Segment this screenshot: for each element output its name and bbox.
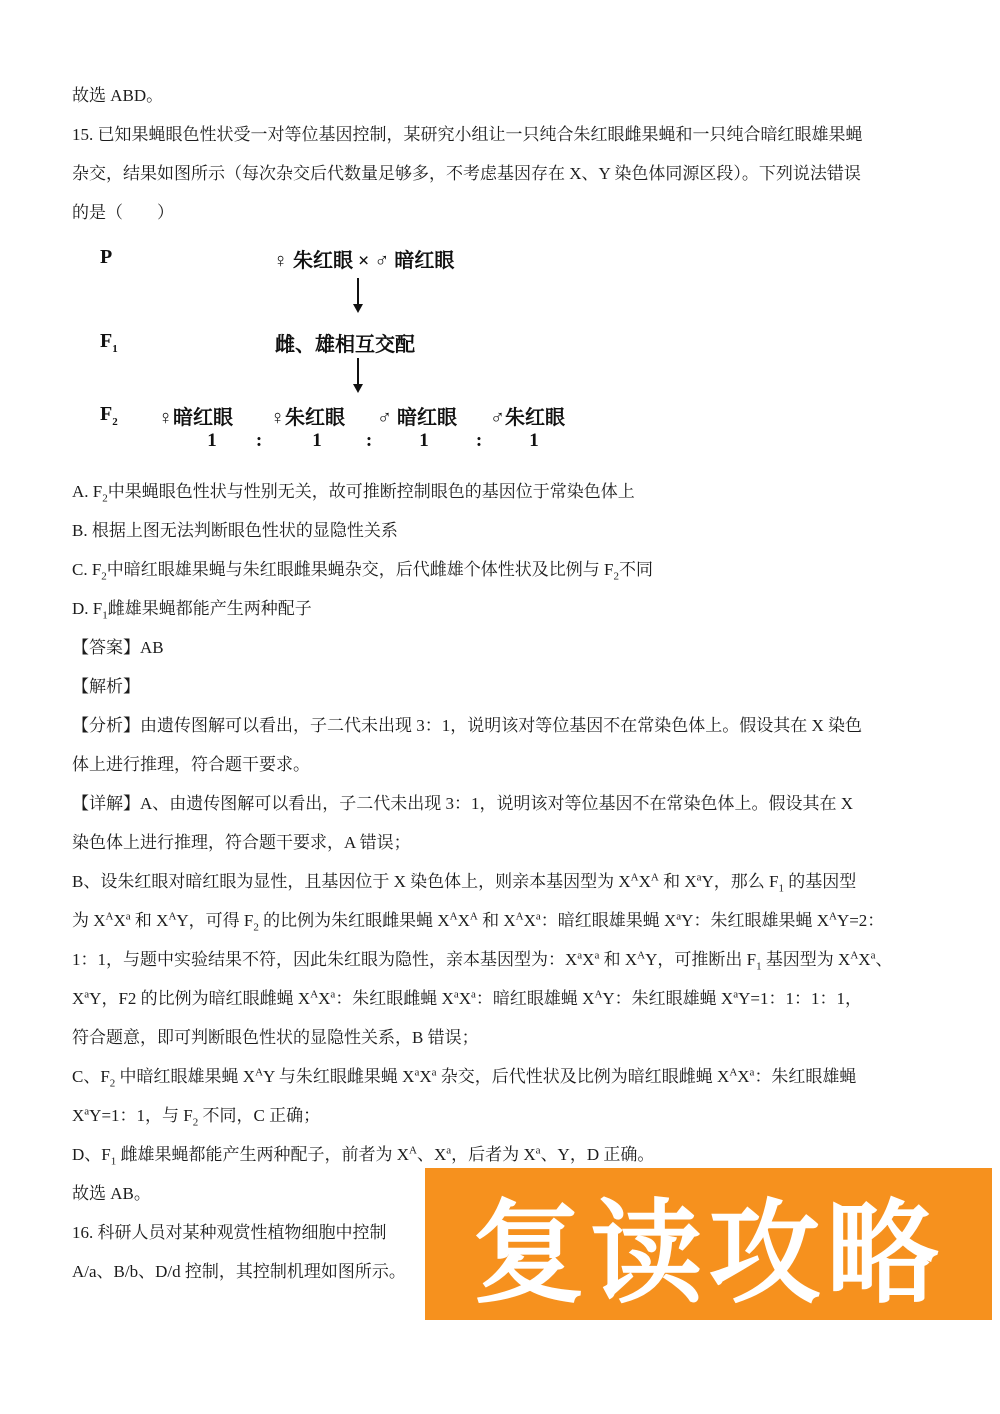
previous-answer-line: 故选 ABD。 — [72, 76, 942, 115]
q15-detail-line-2: 染色体上进行推理，符合题干要求，A 错误； — [72, 823, 942, 862]
f2-phenotype-male-dark-red: ♂ 暗红眼 — [377, 401, 457, 430]
q15-detail-line-6: XaY，F2 的比例为暗红眼雌蝇 XAXa：朱红眼雌蝇 XaXa：暗红眼雄蝇 X… — [72, 979, 942, 1018]
generation-f1-label: F1 — [100, 330, 118, 353]
q15-analysis-line-2: 体上进行推理，符合题干要求。 — [72, 745, 942, 784]
q15-detail-line-8: C、F2 中暗红眼雄果蝇 XAY 与朱红眼雌果蝇 XaXa 杂交，后代性状及比例… — [72, 1057, 942, 1096]
f2-ratio-value: 1 — [529, 430, 539, 452]
watermark-banner: 复读攻略 — [425, 1168, 992, 1320]
f2-ratio-value: 1 — [312, 430, 322, 452]
exam-solution-page: 故选 ABD。 15. 已知果蝇眼色性状受一对等位基因控制，某研究小组让一只纯合… — [0, 0, 1000, 1414]
q15-detail-line-7: 符合题意，即可判断眼色性状的显隐性关系，B 错误； — [72, 1018, 942, 1057]
f1-mating-text: 雌、雄相互交配 — [275, 328, 415, 357]
q15-option-a: A. F2中果蝇眼色性状与性别无关，故可推断控制眼色的基因位于常染色体上 — [72, 472, 942, 511]
genetic-cross-diagram: P ♀ 朱红眼 × ♂ 暗红眼 F1 雌、雄相互交配 F2 ♀暗红眼 ♀朱红眼 … — [72, 232, 942, 472]
watermark-text: 复读攻略 — [473, 1168, 945, 1320]
q15-option-c: C. F2中暗红眼雄果蝇与朱红眼雌果蝇杂交，后代雌雄个体性状及比例与 F2不同 — [72, 550, 942, 589]
q15-detail-line-5: 1：1，与题中实验结果不符，因此朱红眼为隐性，亲本基因型为：XaXa 和 XAY… — [72, 940, 942, 979]
f2-ratio-value: 1 — [207, 430, 217, 452]
q15-stem-line-1: 15. 已知果蝇眼色性状受一对等位基因控制，某研究小组让一只纯合朱红眼雌果蝇和一… — [72, 115, 942, 154]
q15-detail-line-1: 【详解】A、由遗传图解可以看出，子二代未出现 3：1，说明该对等位基因不在常染色… — [72, 784, 942, 823]
q15-analysis-header: 【解析】 — [72, 667, 942, 706]
generation-p-label: P — [100, 246, 112, 269]
q15-option-d: D. F1雌雄果蝇都能产生两种配子 — [72, 589, 942, 628]
arrow-down-icon — [357, 278, 359, 309]
q15-answer-line: 【答案】AB — [72, 628, 942, 667]
q15-detail-line-3: B、设朱红眼对暗红眼为显性，且基因位于 X 染色体上，则亲本基因型为 XAXA … — [72, 862, 942, 901]
f2-ratio-colon: : — [366, 430, 372, 452]
arrow-down-icon — [357, 358, 359, 389]
q15-option-b: B. 根据上图无法判断眼色性状的显隐性关系 — [72, 511, 942, 550]
q15-analysis-line-1: 【分析】由遗传图解可以看出，子二代未出现 3：1，说明该对等位基因不在常染色体上… — [72, 706, 942, 745]
f2-phenotype-male-vermilion: ♂朱红眼 — [490, 401, 565, 430]
f2-ratio-value: 1 — [419, 430, 429, 452]
q15-detail-line-9: XaY=1：1，与 F2 不同，C 正确； — [72, 1096, 942, 1135]
q15-detail-line-4: 为 XAXa 和 XAY，可得 F2 的比例为朱红眼雌果蝇 XAXA 和 XAX… — [72, 901, 942, 940]
q15-stem-line-3: 的是（ ） — [72, 193, 942, 232]
f2-ratio-colon: : — [256, 430, 262, 452]
parent-cross-text: ♀ 朱红眼 × ♂ 暗红眼 — [273, 244, 454, 273]
generation-f2-label: F2 — [100, 403, 118, 426]
q15-stem-line-2: 杂交，结果如图所示（每次杂交后代数量足够多，不考虑基因存在 X、Y 染色体同源区… — [72, 154, 942, 193]
f2-ratio-colon: : — [476, 430, 482, 452]
f2-phenotype-female-vermilion: ♀朱红眼 — [270, 401, 345, 430]
f2-phenotype-female-dark-red: ♀暗红眼 — [158, 401, 233, 430]
